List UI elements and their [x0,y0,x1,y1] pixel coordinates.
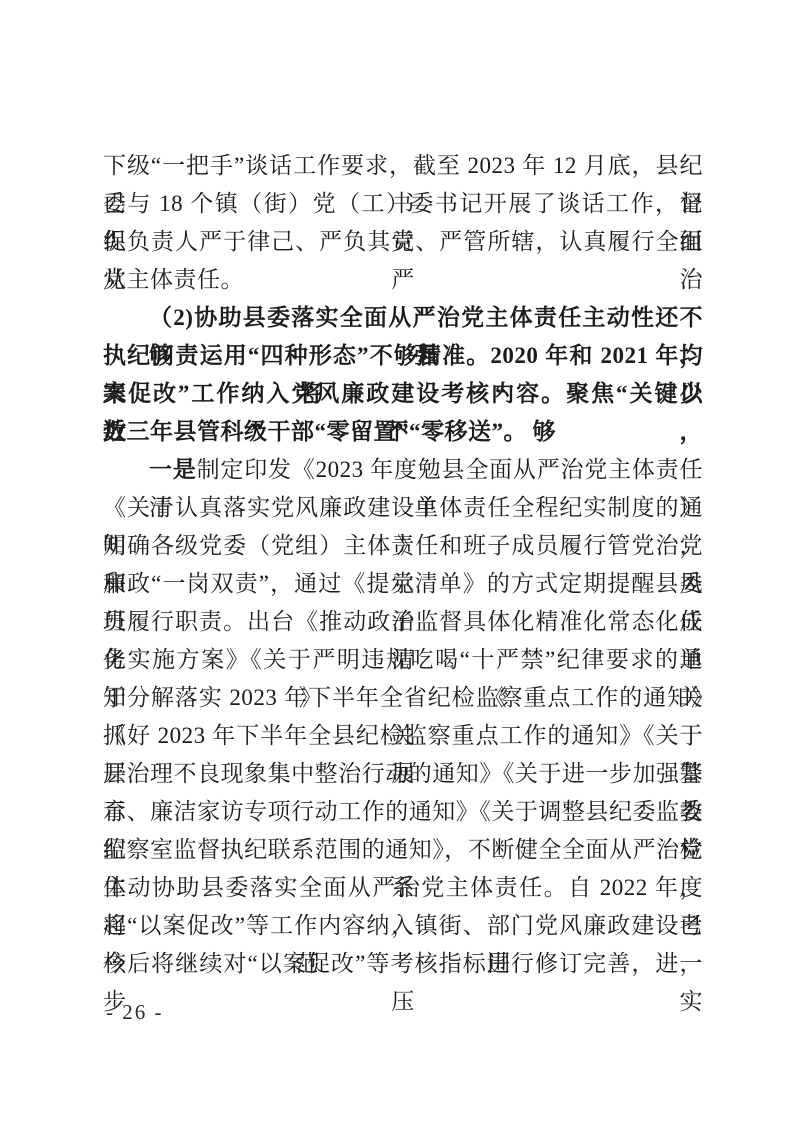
paragraph-1-line-3: 织负责人严于律己、严负其责、严管所辖，认真履行全面从严治 [103,223,703,261]
document-body: 下级“一把手”谈话工作要求，截至 2023 年 12 月底，县纪委书记 已与 1… [103,147,703,983]
paragraph-3-line-4: 廉政“一岗双责”，通过《提示清单》的方式定期提醒县委班子成 [103,565,703,603]
document-page: 下级“一把手”谈话工作要求，截至 2023 年 12 月底，县纪委书记 已与 1… [0,0,793,1122]
paragraph-2-line-1: （2)协助县委落实全面从严治党主体责任主动性还不够强， [103,299,703,337]
paragraph-1-line-2: 已与 18 个镇（街）党（工）委书记开展了谈话工作，督促党组 [103,185,703,223]
paragraph-3-line-10: 育、廉洁家访专项行动工作的通知》《关于调整县纪委监委纪检 [103,793,703,831]
paragraph-3-line-9: 层治理不良现象集中整治行动的通知》《关于进一步加强警示教 [103,755,703,793]
paragraph-3-line-3: 明确各级党委（党组）主体责任和班子成员履行管党治党和党风 [103,527,703,565]
paragraph-3-line-13: 将“以案促改”等工作内容纳入镇街、部门党风廉政建设考核范围， [103,907,703,945]
paragraph-3-lead: 一是 [149,457,197,482]
paragraph-3-line-2: 《关于认真落实党风廉政建设主体责任全程纪实制度的通知》， [103,489,703,527]
paragraph-3-line-1: 一是制定印发《2023 年度勉县全面从严治党主体责任清单》 [103,451,703,489]
paragraph-2-line-3: 案促改”工作纳入党风廉政建设考核内容。聚焦“关键少数”不够， [103,375,703,413]
paragraph-2-line-2: 执纪问责运用“四种形态”不够精准。2020 年和 2021 年均未将“以 [103,337,703,375]
paragraph-3-line-7: 于分解落实 2023 年下半年全省纪检监察重点工作的通知》《关于 [103,679,703,717]
page-number: - 26 - [106,1000,164,1025]
paragraph-3-line-12: 主动协助县委落实全面从严治党主体责任。自 2022 年度起，已 [103,869,703,907]
paragraph-3-line-11: 监察室监督执纪联系范围的通知》，不断健全全面从严治党体系， [103,831,703,869]
paragraph-3-line-6: 化实施方案》《关于严明违规吃喝“十严禁”纪律要求的通知》《关 [103,641,703,679]
paragraph-3-line-14: 今后将继续对“以案促改”等考核指标进行修订完善，进一步压实 [103,945,703,983]
paragraph-3-line-5: 员履行职责。出台《推动政治监督具体化精准化常态化任务清单 [103,603,703,641]
paragraph-3-line-8: 抓好 2023 年下半年全县纪检监察重点工作的通知》《关于开展基 [103,717,703,755]
paragraph-1-line-1: 下级“一把手”谈话工作要求，截至 2023 年 12 月底，县纪委书记 [103,147,703,185]
